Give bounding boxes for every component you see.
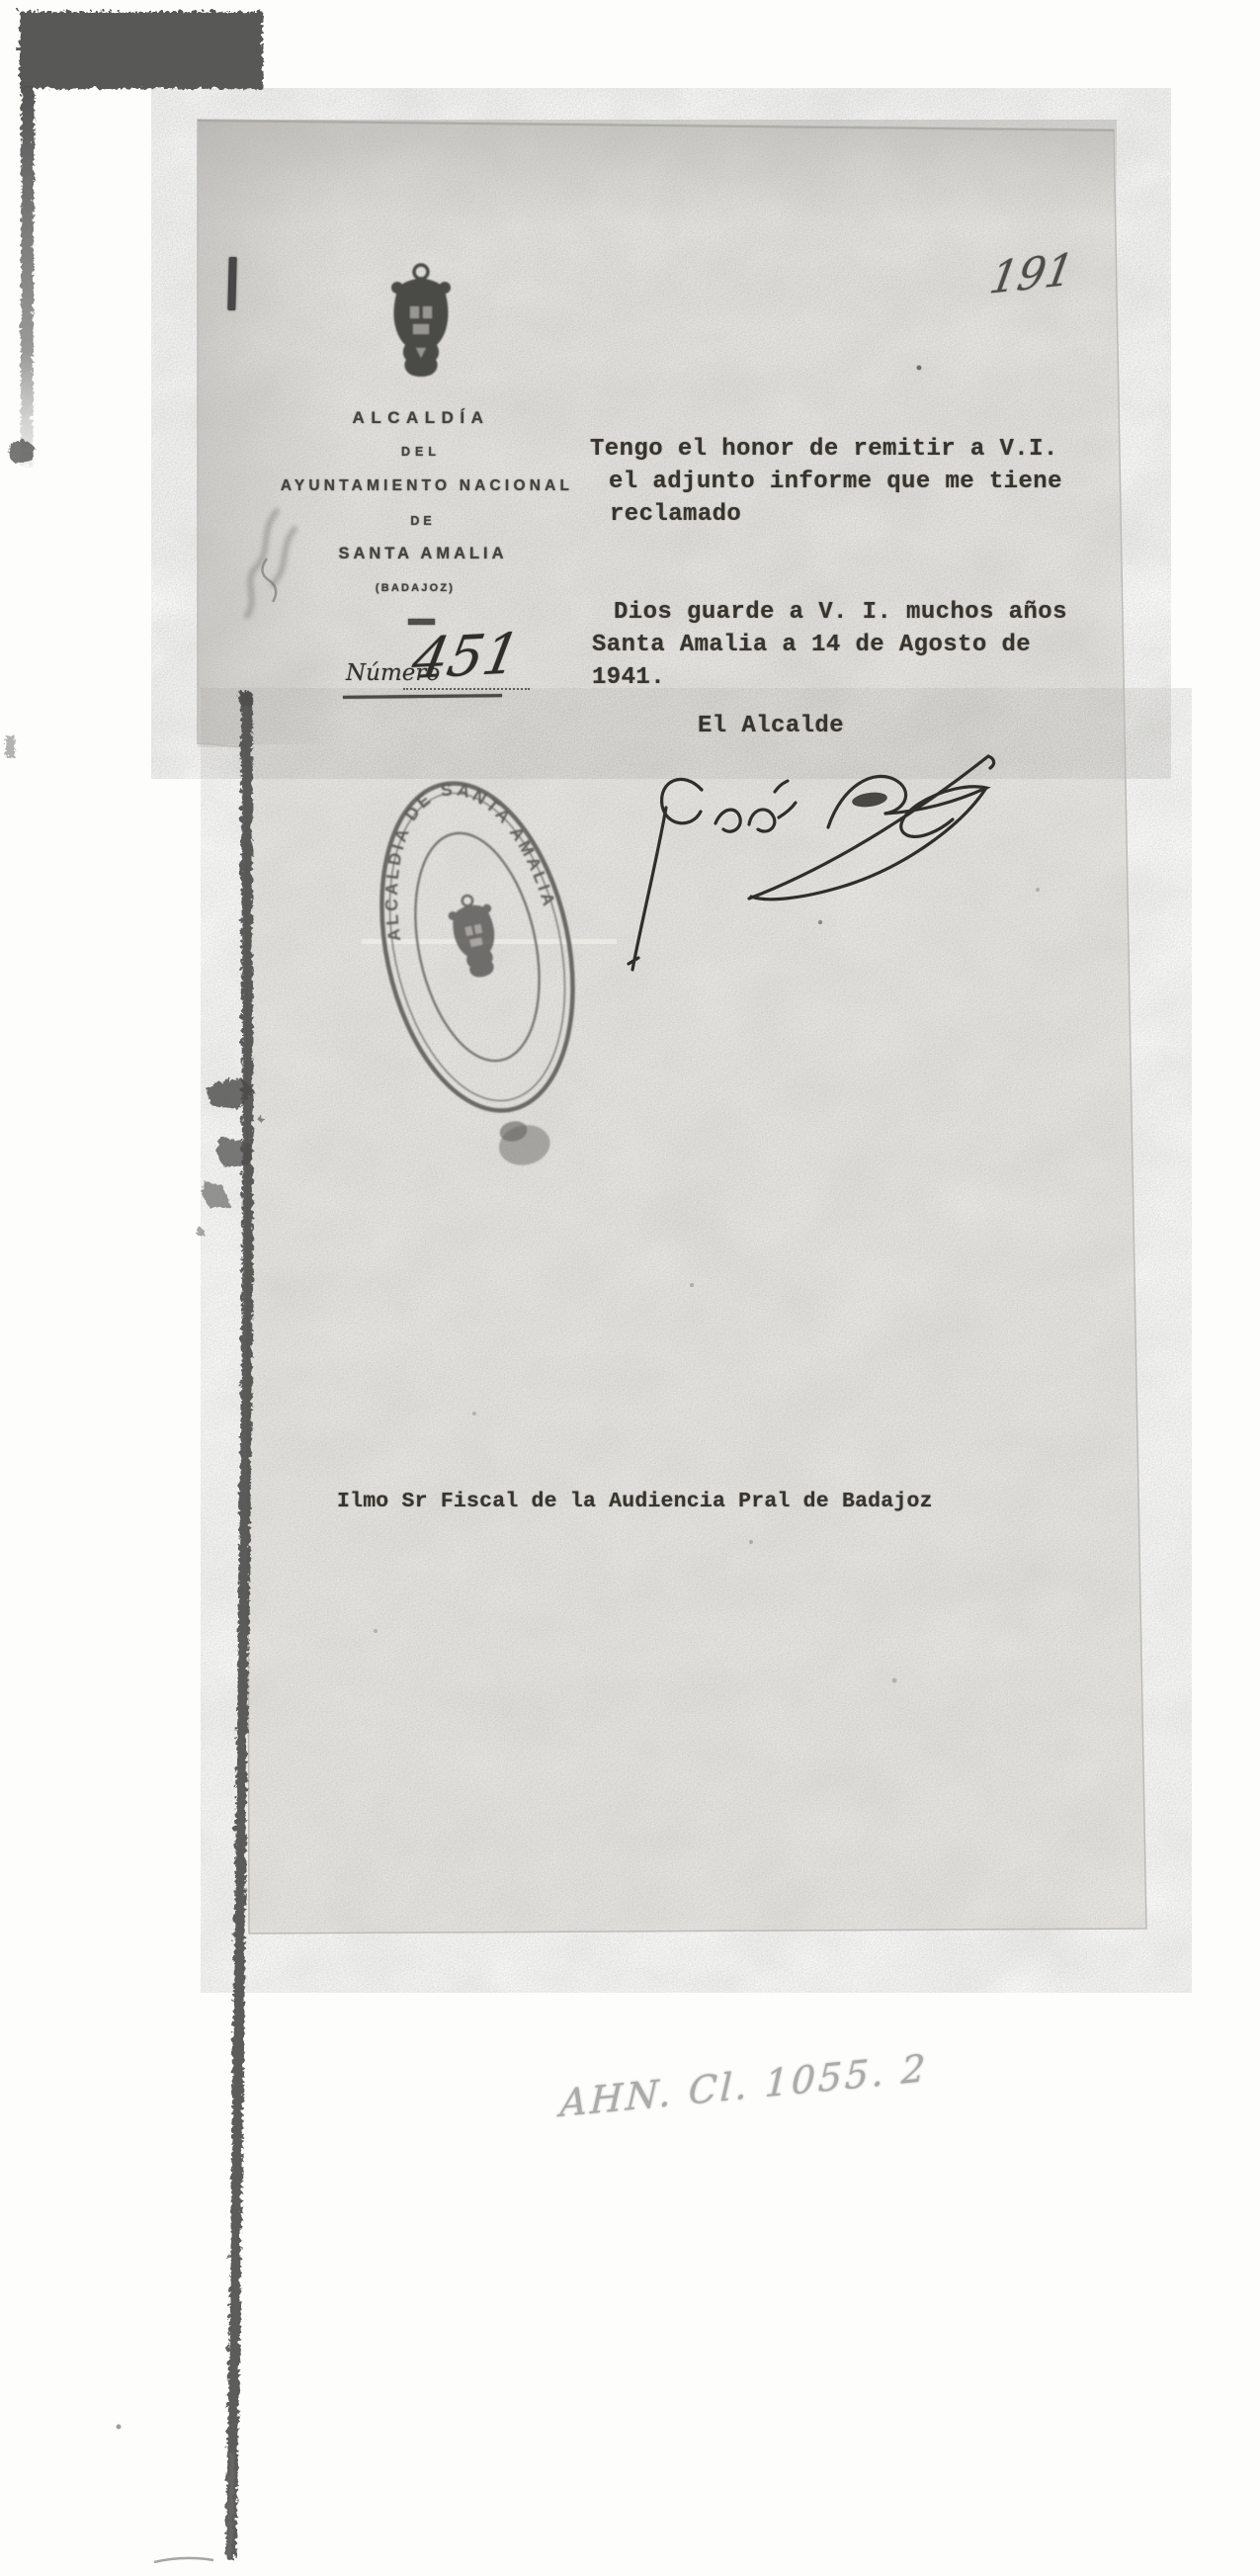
eagle-coat-of-arms-stamp-icon bbox=[386, 261, 456, 386]
margin-smudge bbox=[208, 499, 326, 638]
municipal-oval-seal-stamp: ALCALDIA DE SANTA AMALIA bbox=[364, 767, 593, 1198]
letterhead-town: SANTA AMALIA bbox=[338, 545, 507, 563]
handwritten-folio-number: 191 bbox=[986, 244, 1078, 304]
letterhead-province: (BADAJOZ) bbox=[376, 582, 455, 594]
body-line: reclamado bbox=[610, 501, 741, 528]
mayor-signature bbox=[605, 725, 1030, 972]
body-line: Santa Amalia a 14 de Agosto de bbox=[592, 632, 1031, 658]
seal-eagle-emblem-icon bbox=[445, 892, 505, 982]
scanned-document-page: ALCALDÍA DEL AYUNTAMIENTO NACIONAL DE SA… bbox=[0, 0, 1260, 2576]
margin-ink-tick bbox=[227, 257, 236, 310]
body-line: el adjunto informe que me tiene bbox=[609, 469, 1062, 495]
body-line: Dios guarde a V. I. muchos años bbox=[614, 599, 1067, 626]
letterhead-del: DEL bbox=[401, 445, 441, 459]
handwritten-document-number: 451 bbox=[407, 622, 526, 692]
letterhead-de: DE bbox=[410, 514, 435, 528]
letterhead-institution: AYUNTAMIENTO NACIONAL bbox=[281, 477, 573, 495]
addressee-line: Ilmo Sr Fiscal de la Audiencia Pral de B… bbox=[337, 1490, 933, 1513]
paper-surface bbox=[198, 120, 1146, 1933]
paper-sheet bbox=[0, 0, 1260, 2576]
letterhead-office: ALCALDÍA bbox=[353, 408, 490, 428]
letterhead-separator-dash bbox=[408, 619, 435, 625]
body-line: 1941. bbox=[592, 664, 665, 691]
body-line: Tengo el honor de remitir a V.I. bbox=[590, 436, 1058, 463]
